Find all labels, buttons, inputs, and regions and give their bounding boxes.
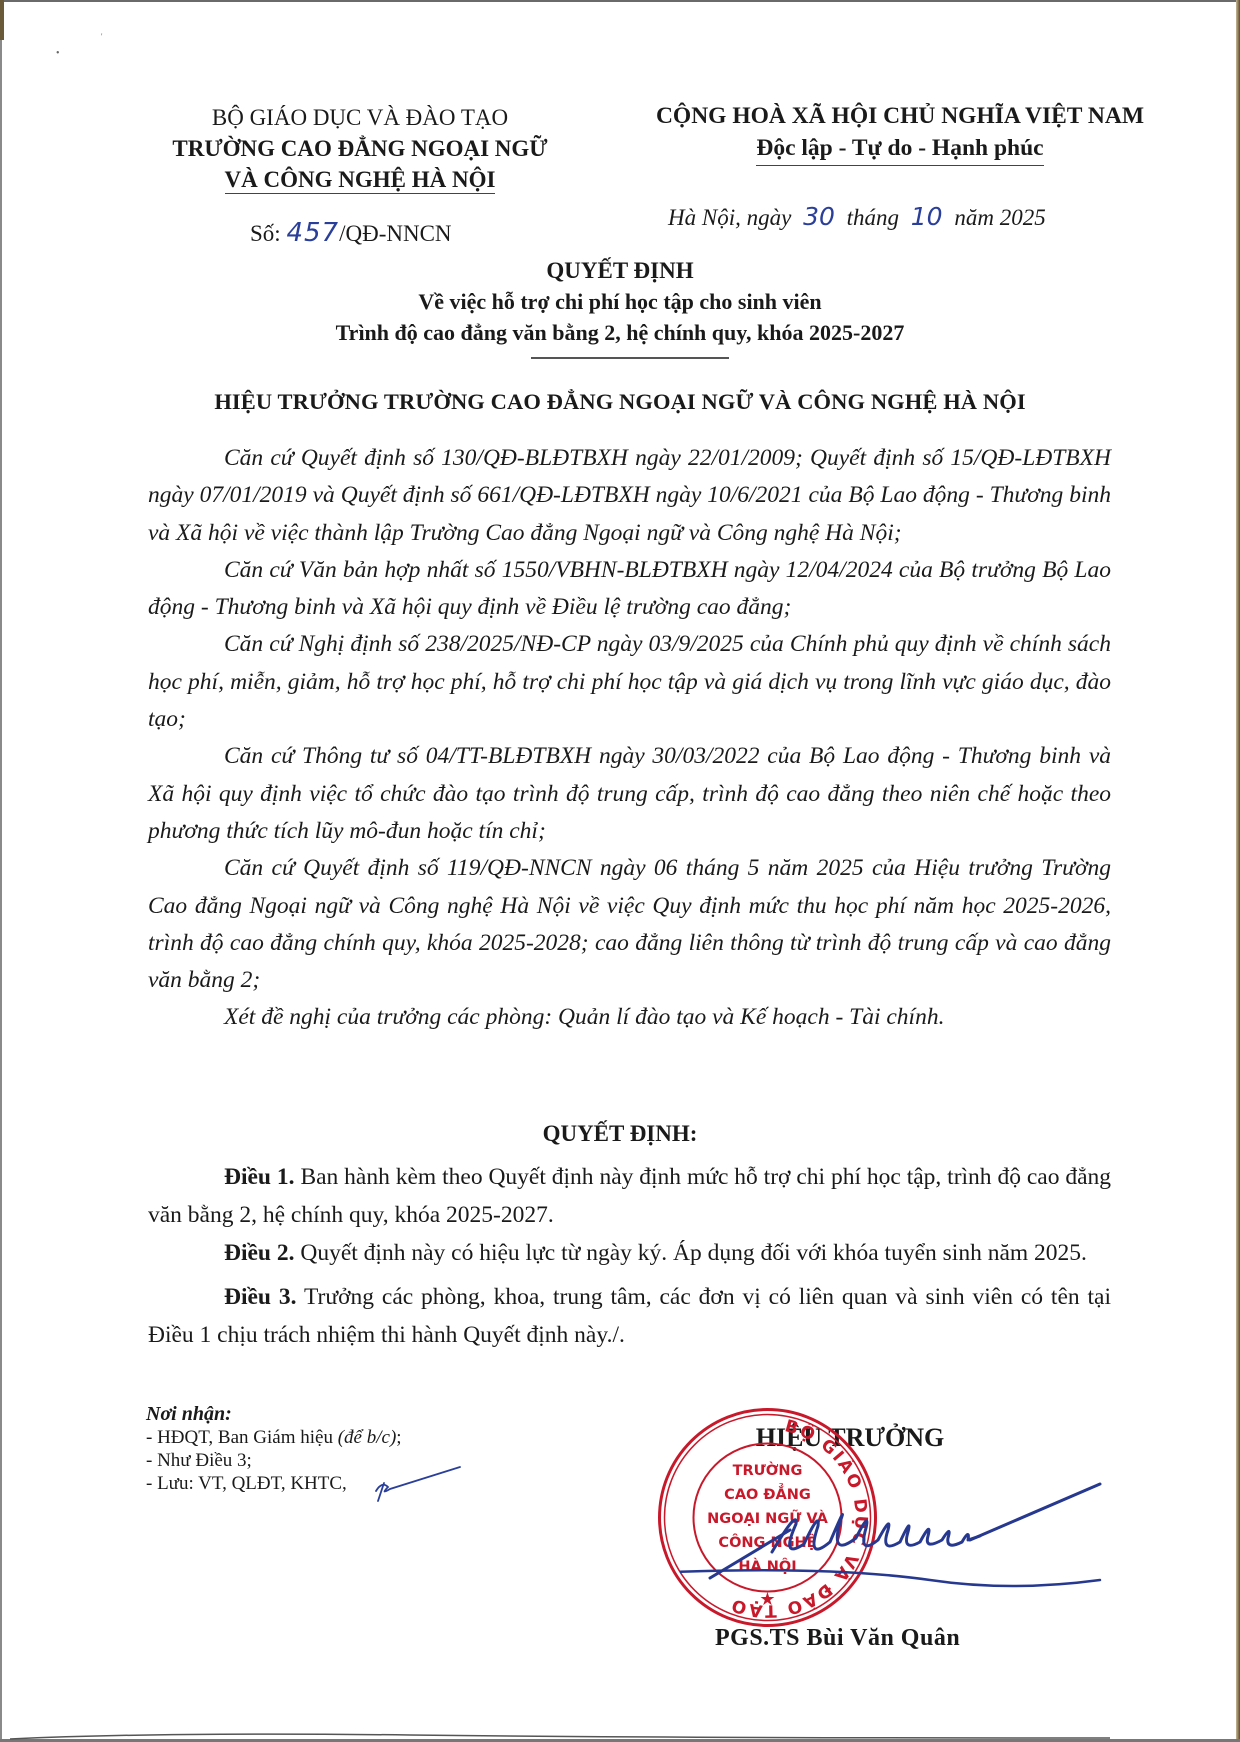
article-1: Điều 1. Ban hành kèm theo Quyết định này… <box>148 1158 1111 1234</box>
scan-speck: ' <box>101 32 102 41</box>
preamble-item: Căn cứ Quyết định số 130/QĐ-BLĐTBXH ngày… <box>148 440 1111 552</box>
document-page: • ' BỘ GIÁO DỤC VÀ ĐÀO TẠO TRƯỜNG CAO ĐẲ… <box>0 0 1240 1742</box>
decision-heading: QUYẾT ĐỊNH: <box>0 1121 1240 1147</box>
recipients-heading: Nơi nhận: <box>146 1403 402 1426</box>
handwritten-day: 30 <box>803 202 835 231</box>
document-number: Số: 457/QĐ-NNCN <box>250 218 452 248</box>
issuing-authority: HIỆU TRƯỞNG TRƯỜNG CAO ĐẲNG NGOẠI NGỮ VÀ… <box>0 389 1240 415</box>
preamble-item: Căn cứ Văn bản hợp nhất số 1550/VBHN-BLĐ… <box>148 552 1111 627</box>
initials-mark-icon <box>370 1465 470 1505</box>
recipient-item: - Lưu: VT, QLĐT, KHTC, <box>146 1472 402 1495</box>
handwritten-signature-icon <box>680 1480 1120 1610</box>
doc-type: QUYẾT ĐỊNH <box>0 256 1240 286</box>
article-2: Điều 2. Quyết định này có hiệu lực từ ng… <box>148 1234 1111 1272</box>
issuing-agency-block: BỘ GIÁO DỤC VÀ ĐÀO TẠO TRƯỜNG CAO ĐẲNG N… <box>160 102 560 195</box>
svg-text:TRƯỜNG: TRƯỜNG <box>733 1461 803 1479</box>
preamble-item: Căn cứ Quyết định số 119/QĐ-NNCN ngày 06… <box>148 850 1111 999</box>
subject-line1: Về việc hỗ trợ chi phí học tập cho sinh … <box>0 286 1240 317</box>
article-3: Điều 3. Trưởng các phòng, khoa, trung tâ… <box>148 1278 1111 1354</box>
preamble-item: Căn cứ Nghị định số 238/2025/NĐ-CP ngày … <box>148 626 1111 738</box>
subject-line2: Trình độ cao đẳng văn bằng 2, hệ chính q… <box>0 317 1240 348</box>
national-motto: Độc lập - Tự do - Hạnh phúc <box>756 132 1043 166</box>
school-name-line1: TRƯỜNG CAO ĐẲNG NGOẠI NGỮ <box>160 133 560 164</box>
place-date: Hà Nội, ngày 30 tháng 10 năm 2025 <box>668 202 1046 231</box>
preamble-item: Xét đề nghị của trưởng các phòng: Quản l… <box>148 999 1111 1036</box>
scan-speck: • <box>56 48 60 59</box>
articles: Điều 1. Ban hành kèm theo Quyết định này… <box>148 1158 1111 1354</box>
recipient-item: - Như Điều 3; <box>146 1449 402 1472</box>
handwritten-month: 10 <box>911 202 943 231</box>
preamble: Căn cứ Quyết định số 130/QĐ-BLĐTBXH ngày… <box>148 440 1111 1037</box>
document-title: QUYẾT ĐỊNH Về việc hỗ trợ chi phí học tậ… <box>0 256 1240 348</box>
recipients-block: Nơi nhận: - HĐQT, Ban Giám hiệu (để b/c)… <box>146 1403 402 1495</box>
scan-edge-left-mark <box>0 0 4 40</box>
national-header: CỘNG HOÀ XÃ HỘI CHỦ NGHĨA VIỆT NAM Độc l… <box>630 100 1170 166</box>
preamble-item: Căn cứ Thông tư số 04/TT-BLĐTBXH ngày 30… <box>148 738 1111 850</box>
ministry-name: BỘ GIÁO DỤC VÀ ĐÀO TẠO <box>160 102 560 133</box>
handwritten-number: 457 <box>286 218 339 248</box>
school-name-line2: VÀ CÔNG NGHỆ HÀ NỘI <box>160 164 560 195</box>
scan-edge-top <box>0 0 1240 2</box>
page-curl-shadow <box>10 1732 1110 1740</box>
title-underline <box>531 357 729 359</box>
signer-name: PGS.TS Bùi Văn Quân <box>715 1625 960 1652</box>
recipient-item: - HĐQT, Ban Giám hiệu (để b/c); <box>146 1426 402 1449</box>
nation-name: CỘNG HOÀ XÃ HỘI CHỦ NGHĨA VIỆT NAM <box>630 100 1170 132</box>
